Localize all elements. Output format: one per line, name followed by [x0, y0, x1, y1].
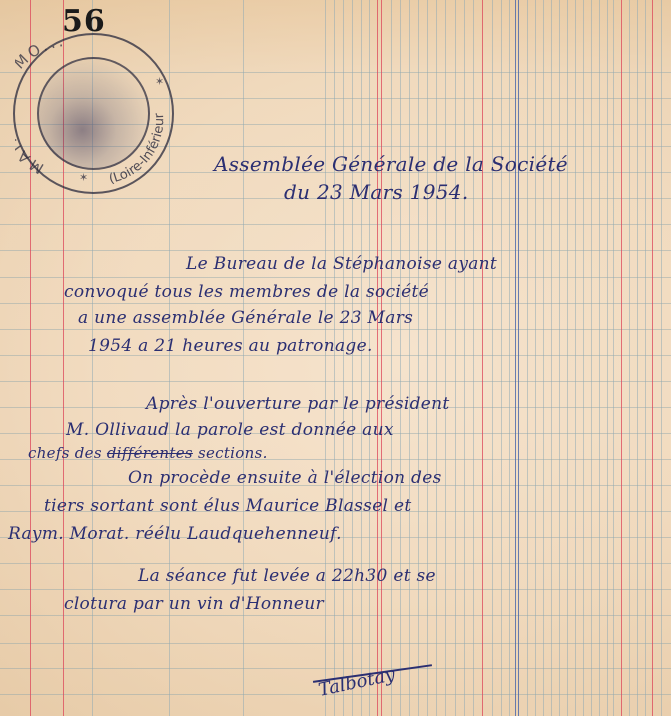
stamp-ring-text-icon: MAIRIE DE MO... (Loire-Inférieure): [15, 35, 172, 192]
grid-line: [325, 0, 326, 716]
grid-line: [352, 0, 353, 716]
sections-word: sections.: [193, 444, 268, 462]
grid-line: [445, 0, 446, 716]
column-line: [518, 0, 519, 716]
grid-line: [645, 0, 646, 716]
grid-line: [0, 381, 671, 382]
grid-line: [473, 0, 474, 716]
grid-line: [0, 615, 671, 616]
grid-line: [455, 0, 456, 716]
grid-line: [567, 0, 568, 716]
paragraph-1-line-4: 1954 a 21 heures au patronage.: [88, 336, 373, 356]
grid-line: [0, 329, 671, 330]
grid-line: [369, 0, 370, 716]
star-icon: ✶: [79, 171, 88, 184]
grid-line: [361, 0, 362, 716]
grid-line: [591, 0, 592, 716]
chefs-word: chefs des: [28, 444, 107, 462]
grid-line: [0, 277, 671, 278]
paragraph-1-line-3: a une assemblée Générale le 23 Mars: [78, 308, 413, 328]
grid-line: [0, 563, 671, 564]
grid-line: [583, 0, 584, 716]
paragraph-3-line-1: On procède ensuite à l'élection des: [128, 468, 442, 488]
grid-line: [551, 0, 552, 716]
paragraph-3-line-3: Raym. Morat. réélu Laudquehenneuf.: [8, 524, 342, 544]
margin-line: [482, 0, 483, 716]
grid-line: [334, 0, 335, 716]
grid-line: [0, 250, 671, 251]
mairie-stamp: MAIRIE DE MO... (Loire-Inférieure) ✶ ✶: [13, 33, 174, 194]
grid-line: [501, 0, 502, 716]
paragraph-1-line-2: convoqué tous les membres de la société: [64, 282, 429, 302]
grid-line: [543, 0, 544, 716]
margin-line: [377, 0, 378, 716]
grid-line: [427, 0, 428, 716]
margin-line: [652, 0, 653, 716]
grid-line: [599, 0, 600, 716]
grid-line: [0, 224, 671, 225]
paragraph-1-line-1: Le Bureau de la Stéphanoise ayant: [186, 254, 497, 274]
stamp-text: MAIRIE DE MO... (Loire-Inférieure): [15, 35, 172, 192]
grid-line: [607, 0, 608, 716]
struck-word: différentes: [107, 444, 193, 462]
grid-line: [559, 0, 560, 716]
grid-line: [0, 668, 671, 669]
paragraph-2-line-1: Après l'ouverture par le président: [146, 394, 450, 414]
paragraph-2-line-2: M. Ollivaud la parole est donnée aux: [66, 420, 394, 440]
grid-line: [535, 0, 536, 716]
signature: Talbotay: [317, 664, 397, 701]
grid-line: [661, 0, 662, 716]
grid-line: [575, 0, 576, 716]
ledger-page: 56 MAIRIE DE MO... (Loire-Inférieure) ✶ …: [0, 0, 671, 716]
document-title-line-1: Assemblée Générale de la Société: [214, 152, 568, 176]
grid-line: [464, 0, 465, 716]
grid-line: [492, 0, 493, 716]
column-line: [515, 0, 516, 716]
star-icon: ✶: [155, 75, 164, 88]
grid-line: [409, 0, 410, 716]
paragraph-3-line-2: tiers sortant sont élus Maurice Blassel …: [44, 496, 411, 516]
grid-line: [0, 589, 671, 590]
paragraph-4-line-1: La séance fut levée a 22h30 et se: [138, 566, 436, 586]
margin-line: [621, 0, 622, 716]
document-title-line-2: du 23 Mars 1954.: [284, 180, 469, 204]
grid-line: [637, 0, 638, 716]
grid-line: [527, 0, 528, 716]
paragraph-2-line-3: chefs des différentes sections.: [28, 444, 268, 462]
margin-line: [381, 0, 382, 716]
grid-line: [400, 0, 401, 716]
grid-line: [629, 0, 630, 716]
grid-line: [343, 0, 344, 716]
grid-line: [509, 0, 510, 716]
grid-line: [613, 0, 614, 716]
grid-line: [436, 0, 437, 716]
grid-line: [0, 643, 671, 644]
paragraph-4-line-2: clotura par un vin d'Honneur: [64, 594, 324, 614]
grid-line: [391, 0, 392, 716]
grid-line: [418, 0, 419, 716]
grid-line: [0, 303, 671, 304]
svg-text:MAIRIE DE MO...: MAIRIE DE MO...: [15, 35, 67, 177]
